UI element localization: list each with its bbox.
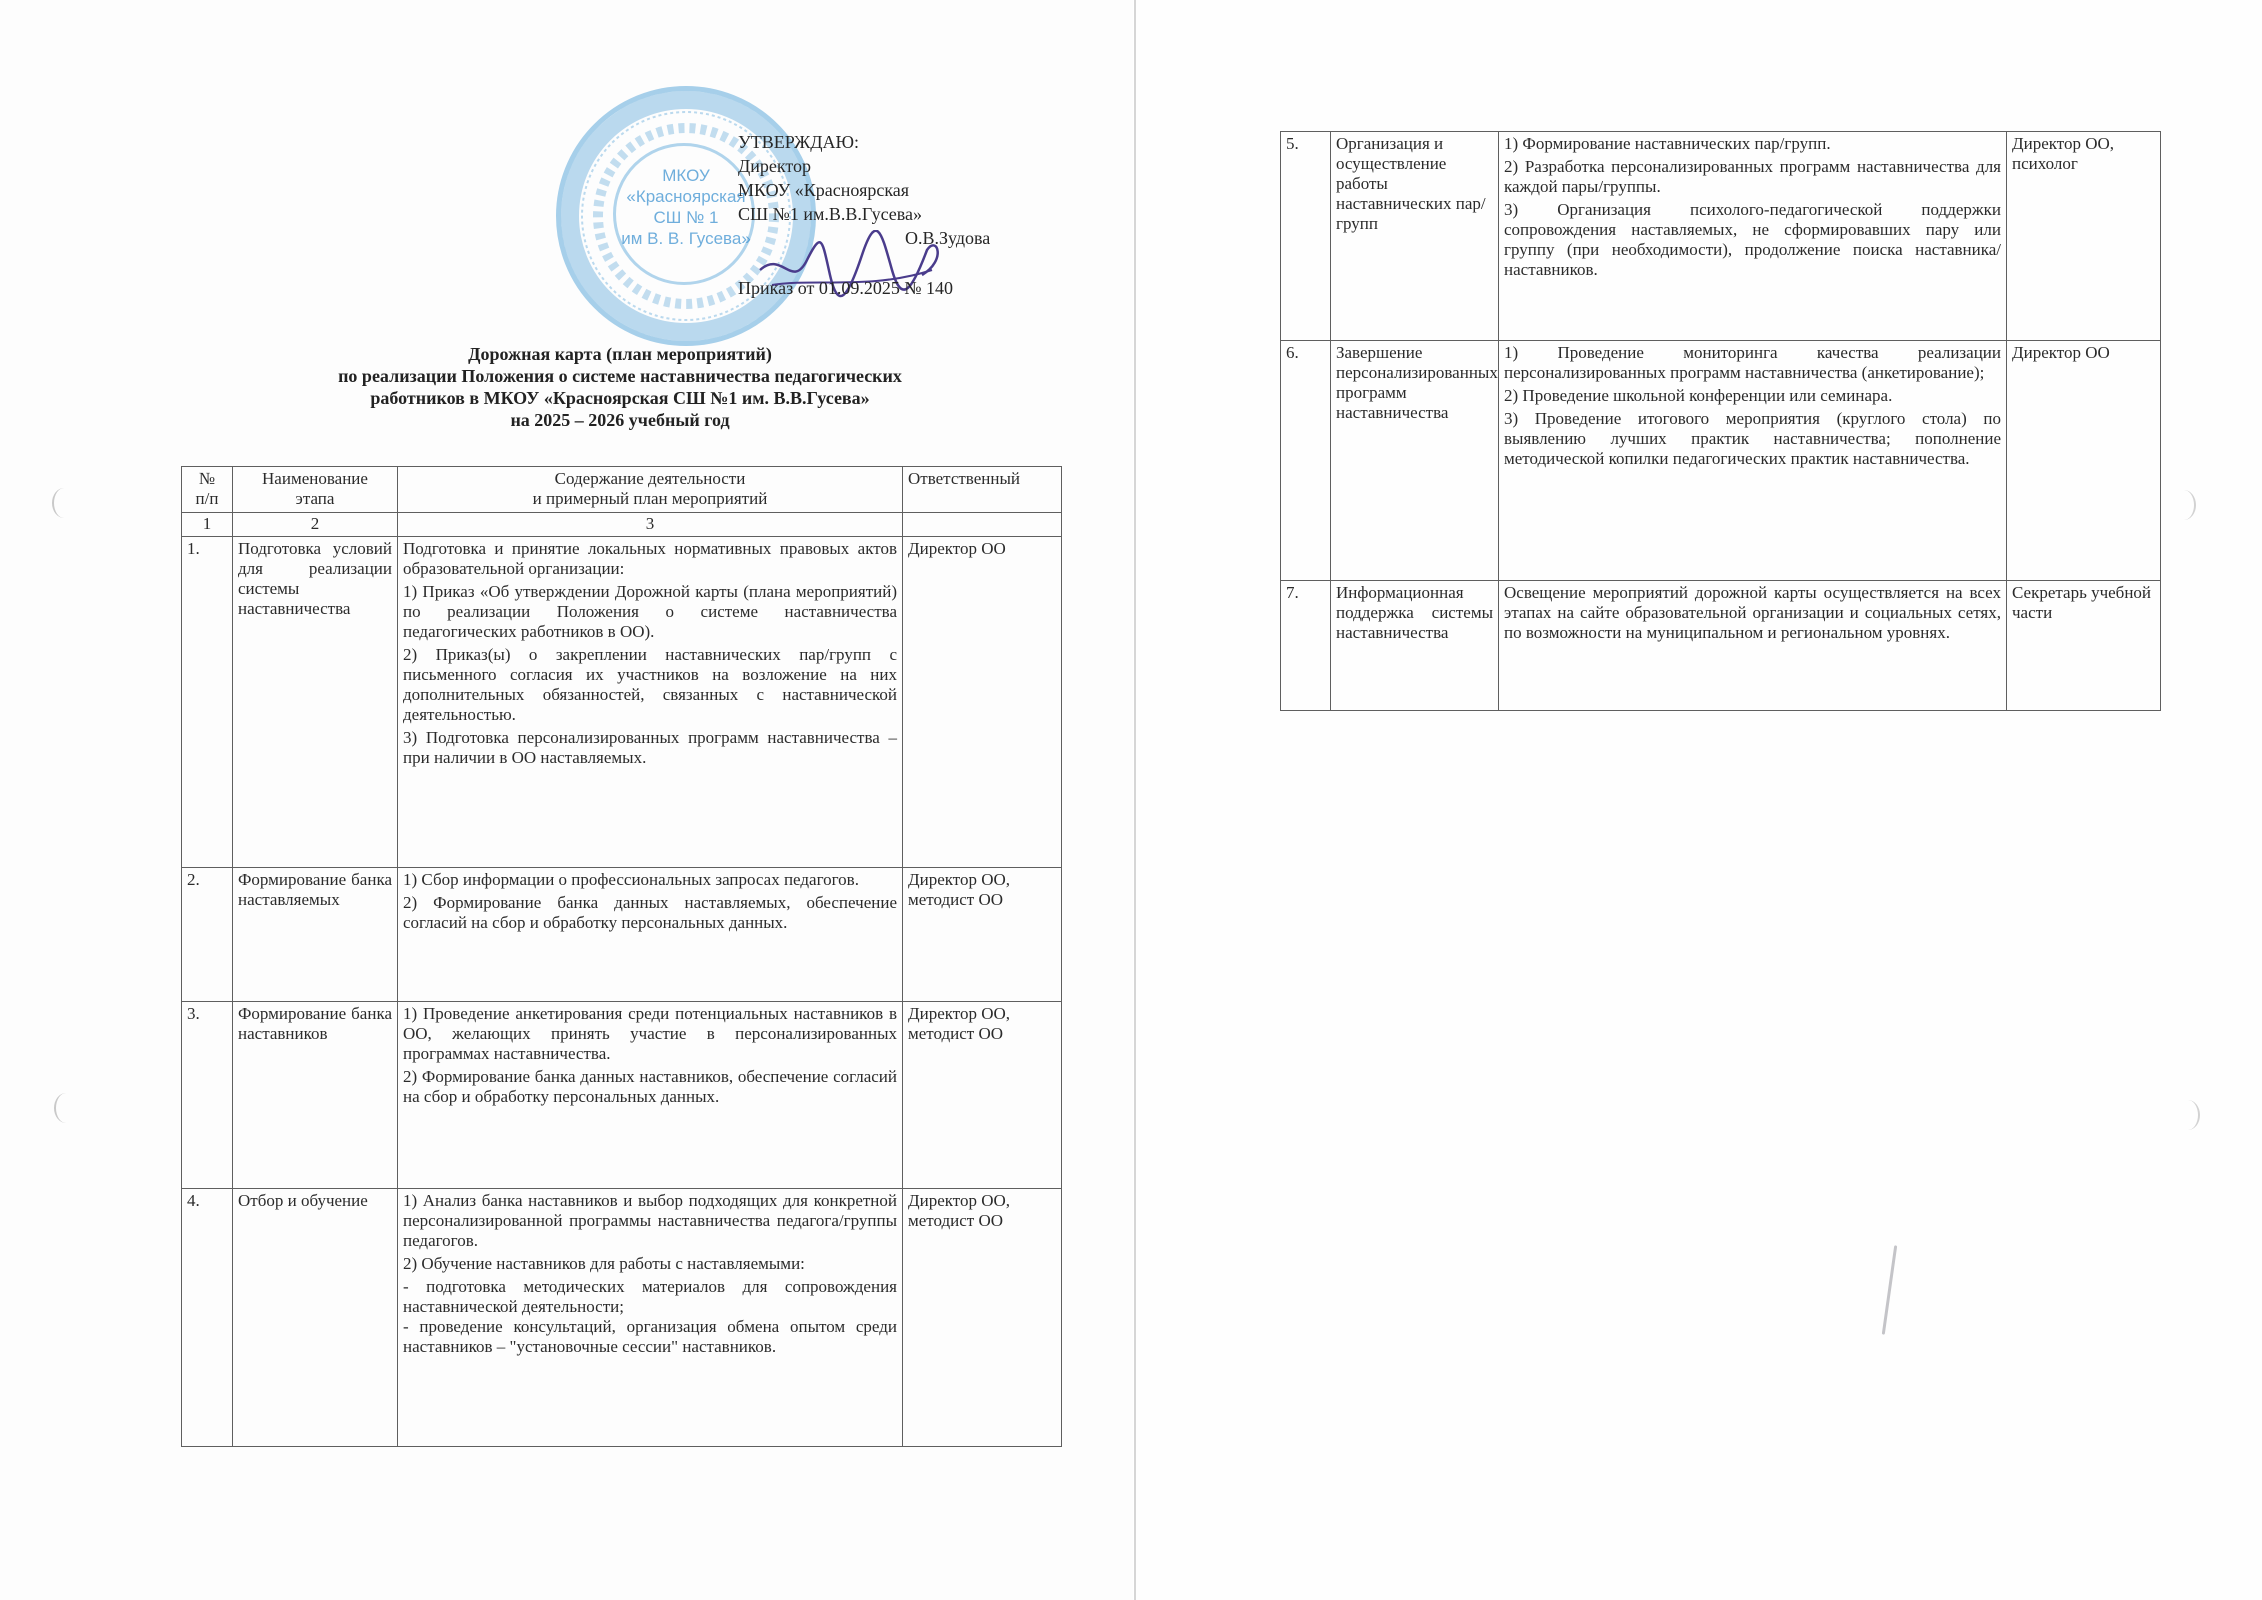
responsible-person: Директор ОО, методист ОО (903, 1189, 1062, 1447)
stage-name: Информационная поддержка системы наставн… (1331, 581, 1499, 711)
row-number: 4. (182, 1189, 233, 1447)
roadmap-table: №п/п Наименованиеэтапа Содержание деятел… (181, 466, 1062, 1447)
approval-org: СШ №1 им.В.В.Гусева» (738, 202, 953, 226)
content-item: 3) Организация психолого-педагогической … (1504, 200, 2001, 280)
stage-name: Формирование банка наставляемых (233, 868, 398, 1002)
column-index: 2 (233, 513, 398, 537)
approval-position: Директор (738, 154, 953, 178)
column-index: 1 (182, 513, 233, 537)
content-item: 1) Формирование наставнических пар/групп… (1504, 134, 2001, 154)
stage-name: Организация и осуществление работы наста… (1331, 132, 1499, 341)
title-line: на 2025 – 2026 учебный год (180, 409, 1060, 431)
column-index (903, 513, 1062, 537)
content-item: Освещение мероприятий дорожной карты осу… (1504, 583, 2001, 643)
roadmap-table-continued: 5. Организация и осуществление работы на… (1280, 131, 2161, 711)
row-number: 7. (1281, 581, 1331, 711)
stage-name: Формирование банка наставников (233, 1002, 398, 1189)
stage-content: Освещение мероприятий дорожной карты осу… (1499, 581, 2007, 711)
content-item: 2) Формирование банка данных наставляемы… (403, 893, 897, 933)
column-index: 3 (398, 513, 903, 537)
table-row: 4. Отбор и обучение 1) Анализ банка наст… (182, 1189, 1062, 1447)
page-left: МКОУ «Красноярская СШ № 1 им В. В. Гусев… (0, 0, 1133, 1600)
punch-hole-mark (2176, 1100, 2200, 1130)
punch-hole-mark (52, 488, 76, 518)
punch-hole-mark (2172, 490, 2196, 520)
content-item: 3) Проведение итогового мероприятия (кру… (1504, 409, 2001, 469)
header-content: Содержание деятельностии примерный план … (398, 467, 903, 513)
approval-heading: УТВЕРЖДАЮ: (738, 130, 953, 154)
stage-name: Отбор и обучение (233, 1189, 398, 1447)
responsible-person: Директор ОО, психолог (2007, 132, 2161, 341)
stage-name: Подготовка условий для реализации систем… (233, 537, 398, 868)
signature-line: О.В.Зудова (738, 226, 953, 250)
content-item: 2) Формирование банка данных наставников… (403, 1067, 897, 1107)
stage-content: 1) Проведение анкетирования среди потенц… (398, 1002, 903, 1189)
content-item: 1) Проведение анкетирования среди потенц… (403, 1004, 897, 1064)
content-item: Подготовка и принятие локальных норматив… (403, 539, 897, 579)
stage-content: Подготовка и принятие локальных норматив… (398, 537, 903, 868)
table-row: 3. Формирование банка наставников 1) Про… (182, 1002, 1062, 1189)
content-item: 2) Приказ(ы) о закреплении наставнически… (403, 645, 897, 725)
column-index-row: 1 2 3 (182, 513, 1062, 537)
table-header-row: №п/п Наименованиеэтапа Содержание деятел… (182, 467, 1062, 513)
table-row: 7. Информационная поддержка системы наст… (1281, 581, 2161, 711)
table-row: 5. Организация и осуществление работы на… (1281, 132, 2161, 341)
header-stage: Наименованиеэтапа (233, 467, 398, 513)
content-item: 1) Приказ «Об утверждении Дорожной карты… (403, 582, 897, 642)
table-row: 1. Подготовка условий для реализации сис… (182, 537, 1062, 868)
document-title: Дорожная карта (план мероприятий) по реа… (180, 343, 1060, 431)
header-responsible: Ответственный (903, 467, 1062, 513)
stage-content: 1) Сбор информации о профессиональных за… (398, 868, 903, 1002)
content-item: 2) Обучение наставников для работы с нас… (403, 1254, 897, 1274)
responsible-person: Директор ОО (903, 537, 1062, 868)
content-item: 1) Сбор информации о профессиональных за… (403, 870, 897, 890)
content-item: 2) Разработка персонализированных програ… (1504, 157, 2001, 197)
responsible-person: Директор ОО, методист ОО (903, 1002, 1062, 1189)
stage-name: Завершение персонализированных программ … (1331, 341, 1499, 581)
stage-content: 1) Формирование наставнических пар/групп… (1499, 132, 2007, 341)
title-line: работников в МКОУ «Красноярская СШ №1 им… (180, 387, 1060, 409)
content-item: - проведение консультаций, организация о… (403, 1317, 897, 1357)
approval-block: УТВЕРЖДАЮ: Директор МКОУ «Красноярская С… (738, 130, 953, 300)
signatory-name: О.В.Зудова (905, 226, 990, 250)
row-number: 2. (182, 868, 233, 1002)
approval-order: Приказ от 01.09.2025 № 140 (738, 276, 953, 300)
pen-mark (1882, 1245, 1897, 1335)
stage-content: 1) Анализ банка наставников и выбор подх… (398, 1189, 903, 1447)
content-item: 2) Проведение школьной конференции или с… (1504, 386, 2001, 406)
table-row: 2. Формирование банка наставляемых 1) Сб… (182, 868, 1062, 1002)
title-line: Дорожная карта (план мероприятий) (180, 343, 1060, 365)
responsible-person: Директор ОО (2007, 341, 2161, 581)
row-number: 3. (182, 1002, 233, 1189)
content-item: - подготовка методических материалов для… (403, 1277, 897, 1317)
content-item: 1) Проведение мониторинга качества реали… (1504, 343, 2001, 383)
stage-content: 1) Проведение мониторинга качества реали… (1499, 341, 2007, 581)
row-number: 6. (1281, 341, 1331, 581)
content-item: 3) Подготовка персонализированных програ… (403, 728, 897, 768)
responsible-person: Секретарь учебной части (2007, 581, 2161, 711)
punch-hole-mark (54, 1093, 78, 1123)
row-number: 1. (182, 537, 233, 868)
row-number: 5. (1281, 132, 1331, 341)
content-item: 1) Анализ банка наставников и выбор подх… (403, 1191, 897, 1251)
table-row: 6. Завершение персонализированных програ… (1281, 341, 2161, 581)
responsible-person: Директор ОО, методист ОО (903, 868, 1062, 1002)
title-line: по реализации Положения о системе настав… (180, 365, 1060, 387)
approval-org: МКОУ «Красноярская (738, 178, 953, 202)
header-num: №п/п (182, 467, 233, 513)
